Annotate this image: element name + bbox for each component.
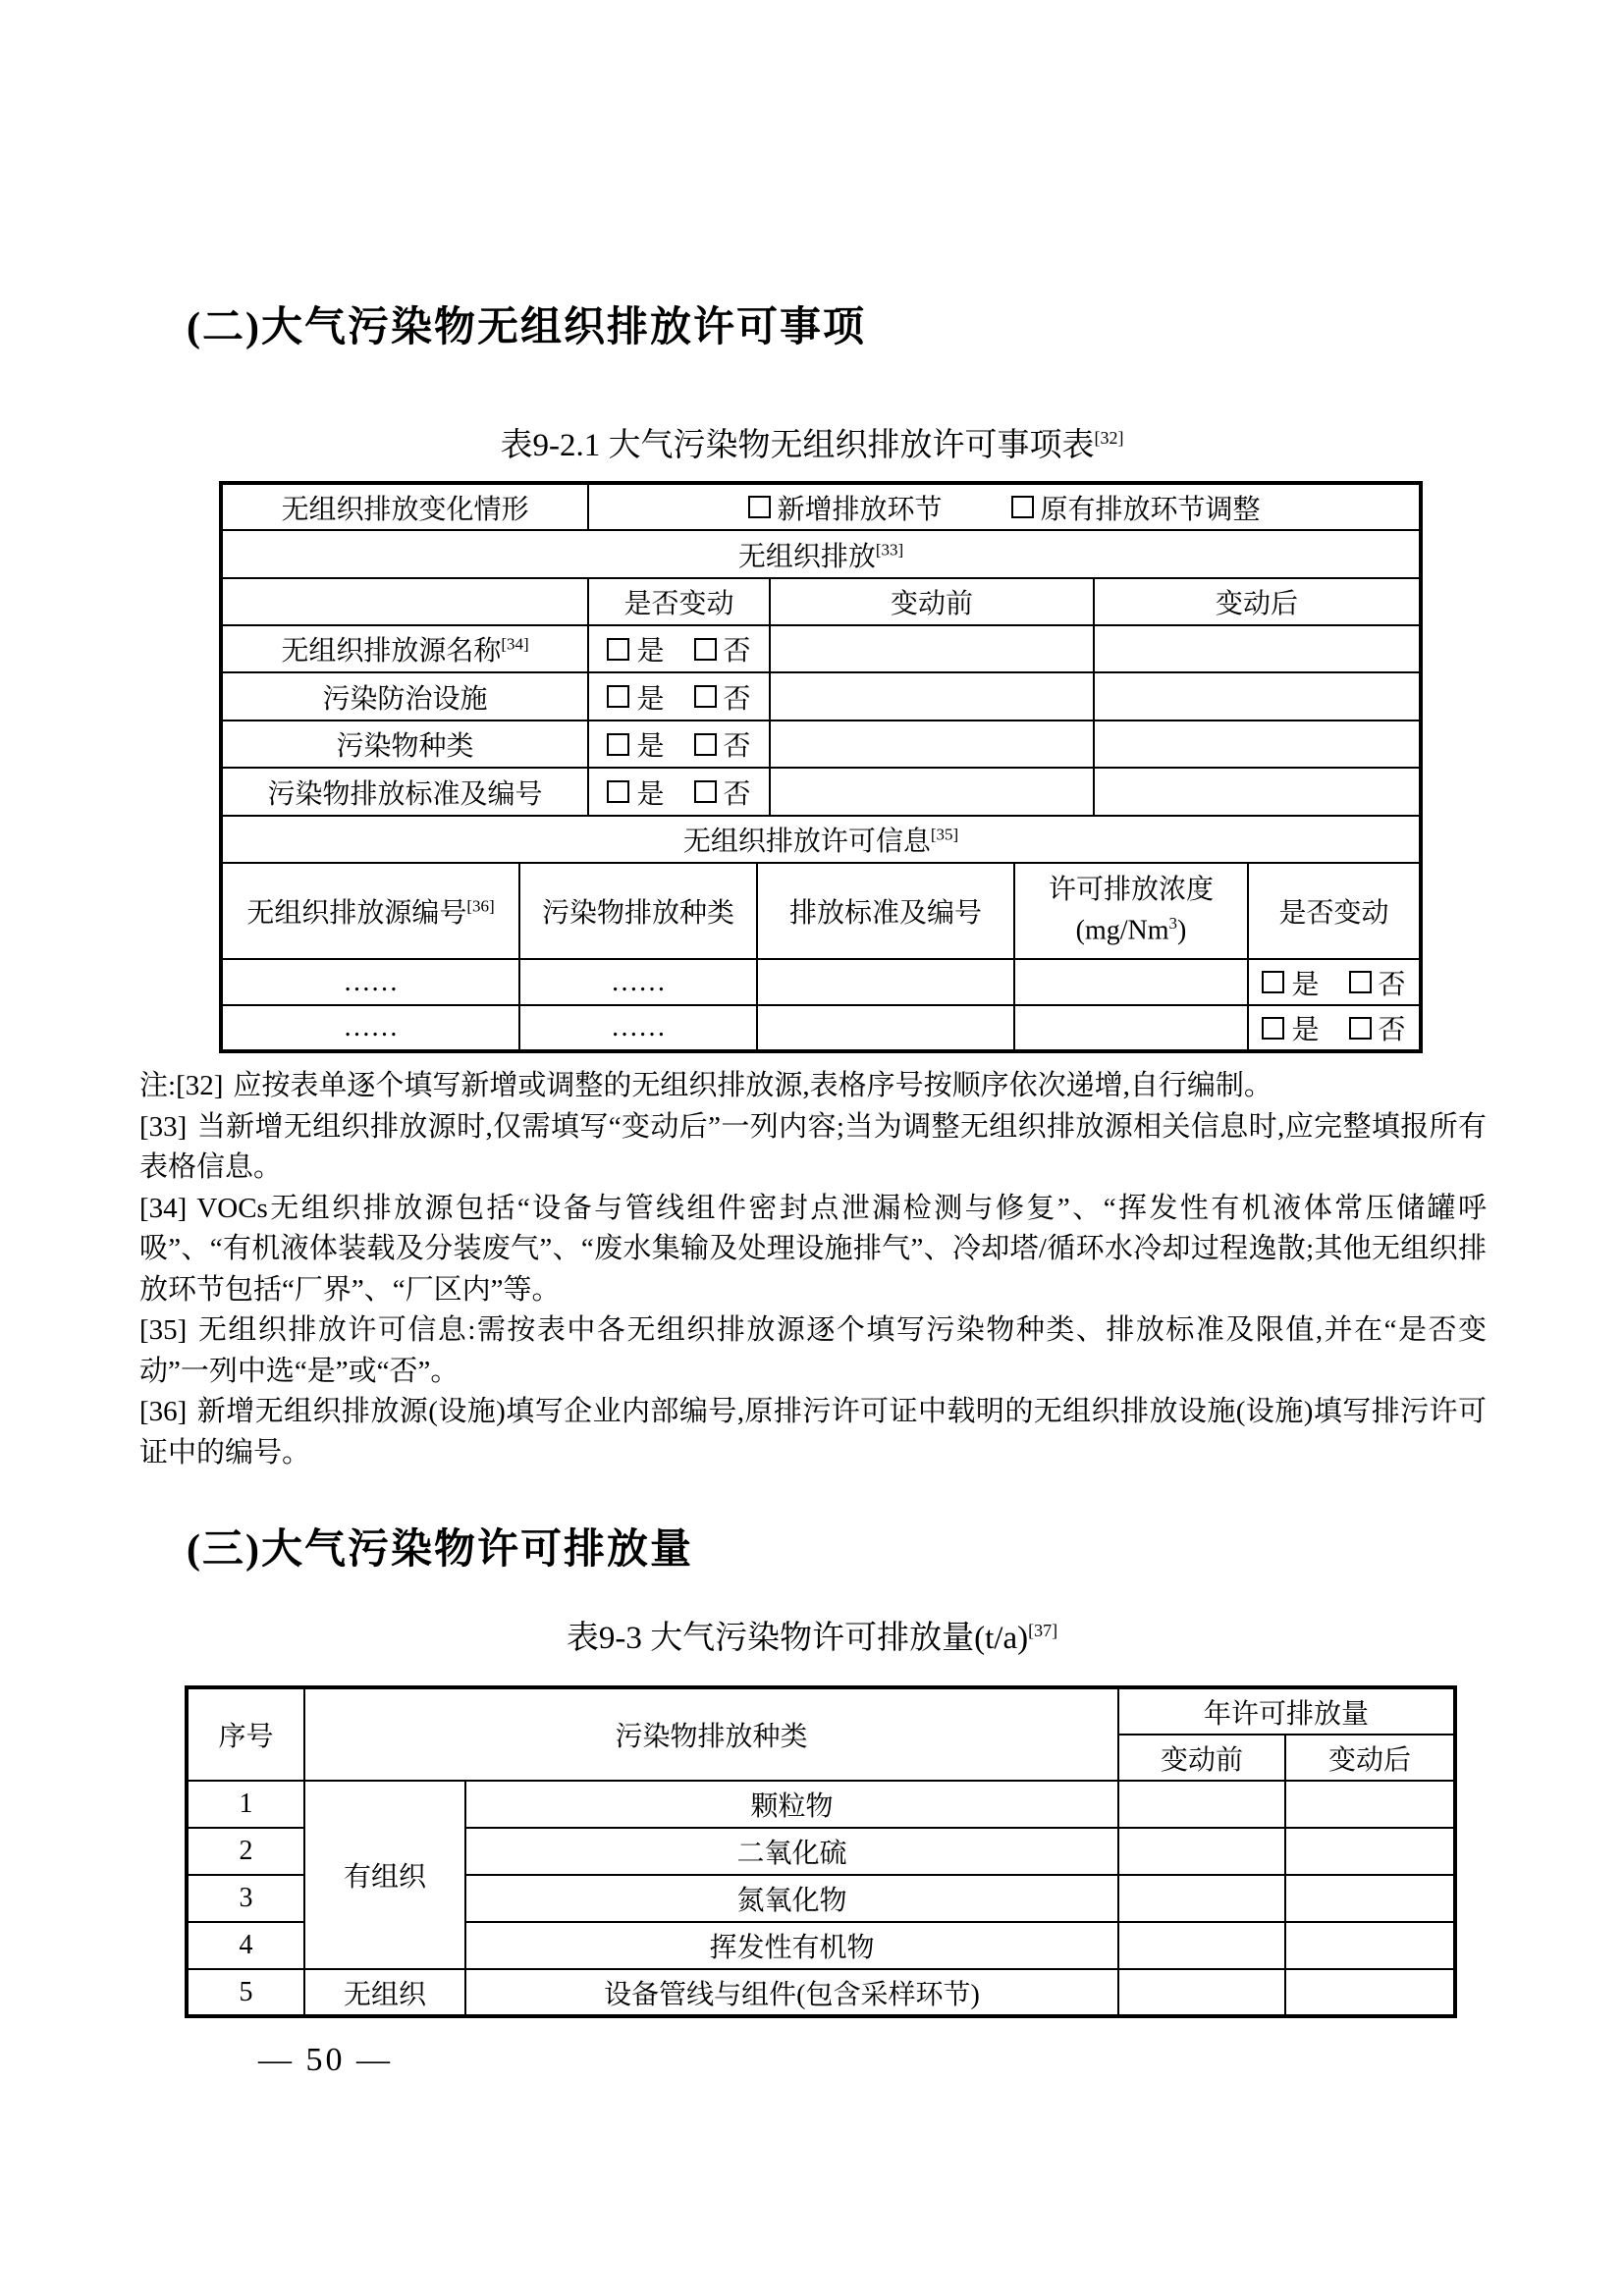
checkbox-icon[interactable] — [607, 780, 629, 803]
span-header-text: 无组织排放许可信息 — [683, 827, 931, 857]
pollutant-cell: 二氧化硫 — [465, 1828, 1118, 1875]
footnote-36: [36]新增无组织排放源(设施)填写企业内部编号,原排污许可证中载明的无组织排放… — [139, 1392, 1487, 1473]
note-text: VOCs无组织排放源包括“设备与管线组件密封点泄漏检测与修复”、“挥发性有机液体… — [139, 1193, 1487, 1306]
checkbox-icon[interactable] — [694, 638, 717, 661]
yes-no-cell: 是否 — [1248, 1005, 1421, 1051]
option-yes[interactable]: 是 — [1262, 963, 1319, 1002]
header-annual-permitted-amount: 年许可排放量 — [1118, 1687, 1455, 1735]
page-number: — 50 — — [258, 2042, 393, 2079]
input-cell-after[interactable] — [1094, 625, 1421, 672]
fugitive-table-upper: 无组织排放变化情形 新增排放环节 原有排放环节调整 无组织排放[33] 是否变动… — [219, 481, 1423, 864]
concentration-unit: (mg/Nm3) — [1021, 907, 1241, 947]
checkbox-icon[interactable] — [1262, 971, 1284, 993]
option-no[interactable]: 否 — [1349, 963, 1406, 1002]
header-standard-and-number: 排放标准及编号 — [757, 863, 1014, 959]
yes-label: 是 — [1291, 1008, 1319, 1047]
row-label-text: 污染物种类 — [336, 731, 473, 762]
yes-label: 是 — [1291, 963, 1319, 1002]
input-cell-before[interactable] — [770, 625, 1094, 672]
input-cell-before[interactable] — [1118, 1875, 1285, 1922]
checkbox-icon[interactable] — [607, 733, 629, 756]
table-row: 无组织排放许可信息[35] — [221, 816, 1421, 863]
unit-text: ) — [1177, 916, 1186, 946]
no-label: 否 — [724, 724, 751, 764]
footnote-ref-37: [37] — [1028, 1621, 1057, 1640]
yes-no-cell: 是否 — [1248, 959, 1421, 1005]
seq-cell: 4 — [187, 1922, 304, 1969]
unit-text: (mg/Nm — [1076, 916, 1169, 946]
input-cell-after[interactable] — [1285, 1781, 1455, 1828]
checkbox-icon[interactable] — [607, 685, 629, 708]
yes-no-cell: 是否 — [588, 721, 770, 768]
note-ref: [34] — [139, 1193, 187, 1224]
input-cell-after[interactable] — [1094, 768, 1421, 816]
option-new-emission-step[interactable]: 新增排放环节 — [748, 488, 943, 527]
pollutant-cell: 颗粒物 — [465, 1781, 1118, 1828]
yes-no-cell: 是否 — [588, 625, 770, 672]
input-cell-standard[interactable] — [757, 959, 1014, 1005]
table-row: 污染物排放标准及编号 是否 — [221, 768, 1421, 816]
document-page: (二)大气污染物无组织排放许可事项 表9-2.1 大气污染物无组织排放许可事项表… — [0, 0, 1624, 2296]
input-cell-standard[interactable] — [757, 1005, 1014, 1051]
option-no[interactable]: 否 — [694, 724, 751, 764]
fugitive-emission-table: 无组织排放变化情形 新增排放环节 原有排放环节调整 无组织排放[33] 是否变动… — [219, 481, 1419, 1053]
input-cell-concentration[interactable] — [1014, 1005, 1248, 1051]
row-label-text: 污染物排放标准及编号 — [267, 779, 542, 810]
footnotes-block: 注:[32]应按表单逐个填写新增或调整的无组织排放源,表格序号按顺序依次递增,自… — [139, 1066, 1487, 1473]
header-changed-or-not: 是否变动 — [1248, 863, 1421, 959]
header-pollutant-kind: 污染物排放种类 — [304, 1687, 1118, 1781]
ellipsis-cell: …… — [519, 959, 757, 1005]
option-no[interactable]: 否 — [694, 677, 751, 717]
table-row: 无组织排放变化情形 新增排放环节 原有排放环节调整 — [221, 483, 1421, 530]
input-cell-before[interactable] — [770, 672, 1094, 721]
footnote-35: [35]无组织排放许可信息:需按表中各无组织排放源逐个填写污染物种类、排放标准及… — [139, 1310, 1487, 1392]
option-no[interactable]: 否 — [1349, 1008, 1406, 1047]
table-9-3-title: 表9-3 大气污染物许可排放量(t/a)[37] — [0, 1612, 1624, 1658]
input-cell-before[interactable] — [1118, 1781, 1285, 1828]
seq-cell: 2 — [187, 1828, 304, 1875]
footnote-33: [33]当新增无组织排放源时,仅需填写“变动后”一列内容;当为调整无组织排放源相… — [139, 1107, 1487, 1189]
category-fugitive: 无组织 — [304, 1969, 465, 2016]
ellipsis-cell: …… — [221, 959, 519, 1005]
table-row: 1 有组织 颗粒物 — [187, 1781, 1455, 1828]
header-changed-or-not: 是否变动 — [588, 578, 770, 625]
header-text: 无组织排放源编号 — [246, 898, 466, 929]
pollutant-cell: 氮氧化物 — [465, 1875, 1118, 1922]
yes-label: 是 — [636, 724, 664, 764]
header-source-number: 无组织排放源编号[36] — [221, 863, 519, 959]
section-heading-permitted-amount: (三)大气污染物许可排放量 — [187, 1517, 693, 1575]
input-cell-concentration[interactable] — [1014, 959, 1248, 1005]
seq-cell: 5 — [187, 1969, 304, 2016]
span-header-text: 无组织排放 — [738, 542, 876, 572]
table-row: …… …… 是否 — [221, 959, 1421, 1005]
checkbox-icon[interactable] — [748, 496, 771, 518]
table-row: 是否变动 变动前 变动后 — [221, 578, 1421, 625]
input-cell-before[interactable] — [770, 768, 1094, 816]
input-cell-after[interactable] — [1094, 672, 1421, 721]
no-label: 否 — [1379, 1008, 1406, 1047]
section-heading-fugitive: (二)大气污染物无组织排放许可事项 — [187, 294, 866, 353]
option-no[interactable]: 否 — [694, 773, 751, 812]
input-cell-before[interactable] — [770, 721, 1094, 768]
checkbox-icon[interactable] — [607, 638, 629, 661]
note-ref: [35] — [139, 1314, 187, 1346]
no-label: 否 — [1379, 963, 1406, 1002]
checkbox-icon[interactable] — [694, 733, 717, 756]
header-sequence-number: 序号 — [187, 1687, 304, 1781]
input-cell-before[interactable] — [1118, 1922, 1285, 1969]
table-row: …… …… 是否 — [221, 1005, 1421, 1051]
footnote-ref-34: [34] — [501, 635, 528, 654]
checkbox-icon[interactable] — [694, 780, 717, 803]
no-label: 否 — [724, 629, 751, 668]
yes-label: 是 — [636, 677, 664, 717]
row-label-standard-number: 污染物排放标准及编号 — [221, 768, 588, 816]
yes-no-cell: 是否 — [588, 672, 770, 721]
checkbox-icon[interactable] — [1262, 1017, 1284, 1040]
seq-cell: 1 — [187, 1781, 304, 1828]
option-yes[interactable]: 是 — [607, 677, 664, 717]
table-row: 无组织排放源编号[36] 污染物排放种类 排放标准及编号 许可排放浓度 (mg/… — [221, 863, 1421, 959]
ellipsis-cell: …… — [519, 1005, 757, 1051]
table-row: 5 无组织 设备管线与组件(包含采样环节) — [187, 1969, 1455, 2016]
input-cell-after[interactable] — [1285, 1969, 1455, 2016]
row-label-control-facility: 污染防治设施 — [221, 672, 588, 721]
note-ref: [33] — [139, 1111, 187, 1143]
note-ref: [36] — [139, 1396, 187, 1427]
header-after-change: 变动后 — [1285, 1735, 1455, 1781]
option-yes[interactable]: 是 — [607, 773, 664, 812]
yes-label: 是 — [636, 629, 664, 668]
category-organized: 有组织 — [304, 1781, 465, 1969]
checkbox-icon[interactable] — [694, 685, 717, 708]
pollutant-cell: 挥发性有机物 — [465, 1922, 1118, 1969]
ellipsis-cell: …… — [221, 1005, 519, 1051]
unit-superscript: 3 — [1169, 914, 1178, 933]
option-yes[interactable]: 是 — [607, 724, 664, 764]
header-before-change: 变动前 — [1118, 1735, 1285, 1781]
table-9-3-title-text: 表9-3 大气污染物许可排放量(t/a) — [567, 1621, 1028, 1656]
input-cell-before[interactable] — [1118, 1828, 1285, 1875]
fugitive-emission-span-header: 无组织排放[33] — [221, 530, 1421, 578]
permit-info-span-header: 无组织排放许可信息[35] — [221, 816, 1421, 863]
row-label-text: 污染防治设施 — [322, 684, 487, 715]
footnote-ref-32: [32] — [1095, 428, 1124, 448]
row-label-pollutant-type: 污染物种类 — [221, 721, 588, 768]
footnote-32: 注:[32]应按表单逐个填写新增或调整的无组织排放源,表格序号按顺序依次递增,自… — [139, 1066, 1487, 1107]
note-text: 新增无组织排放源(设施)填写企业内部编号,原排污许可证中载明的无组织排放设施(设… — [139, 1396, 1487, 1468]
change-situation-label: 无组织排放变化情形 — [221, 483, 588, 530]
note-text: 应按表单逐个填写新增或调整的无组织排放源,表格序号按顺序依次递增,自行编制。 — [233, 1070, 1272, 1101]
table-row: 污染物种类 是否 — [221, 721, 1421, 768]
table-row: 无组织排放[33] — [221, 530, 1421, 578]
seq-cell: 3 — [187, 1875, 304, 1922]
header-after-change: 变动后 — [1094, 578, 1421, 625]
no-label: 否 — [724, 773, 751, 812]
input-cell-after[interactable] — [1285, 1828, 1455, 1875]
option-label: 原有排放环节调整 — [1041, 488, 1261, 527]
header-permitted-concentration: 许可排放浓度 (mg/Nm3) — [1014, 863, 1248, 959]
header-before-change: 变动前 — [770, 578, 1094, 625]
footnote-ref-36: [36] — [466, 897, 494, 916]
footnote-ref-35: [35] — [931, 826, 958, 844]
input-cell-after[interactable] — [1285, 1922, 1455, 1969]
option-yes[interactable]: 是 — [607, 629, 664, 668]
fugitive-table-lower: 无组织排放源编号[36] 污染物排放种类 排放标准及编号 许可排放浓度 (mg/… — [219, 862, 1423, 1053]
yes-label: 是 — [636, 773, 664, 812]
table-9-2-1-title: 表9-2.1 大气污染物无组织排放许可事项表[32] — [0, 419, 1624, 465]
input-cell-after[interactable] — [1094, 721, 1421, 768]
option-existing-step-adjusted[interactable]: 原有排放环节调整 — [1011, 488, 1261, 527]
yes-no-cell: 是否 — [588, 768, 770, 816]
footnote-34: [34]VOCs无组织排放源包括“设备与管线组件密封点泄漏检测与修复”、“挥发性… — [139, 1189, 1487, 1311]
table-row: 序号 污染物排放种类 年许可排放量 — [187, 1687, 1455, 1735]
row-label-source-name: 无组织排放源名称[34] — [221, 625, 588, 672]
table-row: 污染防治设施 是否 — [221, 672, 1421, 721]
table-row: 无组织排放源名称[34] 是否 — [221, 625, 1421, 672]
input-cell-before[interactable] — [1118, 1969, 1285, 2016]
checkbox-icon[interactable] — [1349, 971, 1372, 993]
row-label-text: 无组织排放源名称 — [281, 636, 501, 667]
empty-corner-cell — [221, 578, 588, 625]
concentration-line1: 许可排放浓度 — [1021, 874, 1241, 907]
checkbox-icon[interactable] — [1349, 1017, 1372, 1040]
note-text: 无组织排放许可信息:需按表中各无组织排放源逐个填写污染物种类、排放标准及限值,并… — [139, 1314, 1487, 1387]
header-pollutant-kind: 污染物排放种类 — [519, 863, 757, 959]
note-text: 当新增无组织排放源时,仅需填写“变动后”一列内容;当为调整无组织排放源相关信息时… — [139, 1111, 1487, 1184]
no-label: 否 — [724, 677, 751, 717]
note-prefix: 注:[32] — [139, 1070, 223, 1101]
footnote-ref-33: [33] — [876, 540, 903, 559]
input-cell-after[interactable] — [1285, 1875, 1455, 1922]
change-situation-options-cell: 新增排放环节 原有排放环节调整 — [588, 483, 1421, 530]
option-no[interactable]: 否 — [694, 629, 751, 668]
permitted-amount-table: 序号 污染物排放种类 年许可排放量 变动前 变动后 1 有组织 颗粒物 2 二氧… — [185, 1685, 1453, 2018]
checkbox-icon[interactable] — [1011, 496, 1034, 518]
pollutant-cell: 设备管线与组件(包含采样环节) — [465, 1969, 1118, 2016]
table-9-2-1-title-text: 表9-2.1 大气污染物无组织排放许可事项表 — [501, 428, 1095, 463]
option-yes[interactable]: 是 — [1262, 1008, 1319, 1047]
option-label: 新增排放环节 — [778, 488, 943, 527]
